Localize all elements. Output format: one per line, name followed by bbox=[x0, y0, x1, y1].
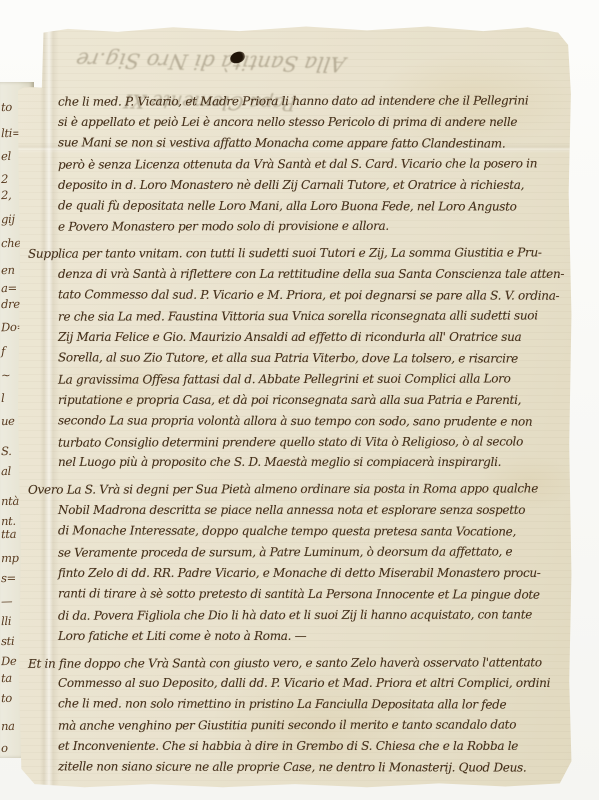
margin-text-fragment: che bbox=[1, 236, 21, 250]
margin-text-fragment: lli bbox=[1, 614, 11, 628]
manuscript-line: di da. Povera Figliola che Dio li hà dat… bbox=[58, 604, 562, 626]
manuscript-line: si è appellato et peiò Lei è ancora nell… bbox=[58, 112, 562, 133]
manuscript-line: se Veramente proceda de sursum, à Patre … bbox=[58, 541, 562, 563]
margin-text-fragment: s= bbox=[1, 571, 16, 585]
manuscript-line: di Monache Interessate, doppo qualche te… bbox=[58, 520, 562, 542]
margin-text-fragment: al bbox=[1, 464, 11, 478]
margin-text-fragment: mp bbox=[1, 551, 19, 565]
margin-text-fragment: to bbox=[1, 100, 12, 114]
margin-text-fragment: sti bbox=[1, 634, 15, 648]
manuscript-line: sue Mani se non si vestiva affatto Monac… bbox=[58, 132, 562, 154]
manuscript-line: Sorella, al suo Zio Tutore, et alla sua … bbox=[58, 347, 562, 369]
ink-blot bbox=[229, 51, 246, 65]
scanned-manuscript-photo: tolti=el22,gijcheena=dreDo=f~lueS.alntàn… bbox=[0, 0, 599, 800]
manuscript-line: Overo La S. Vrà si degni per Sua Pietà a… bbox=[28, 479, 562, 501]
manuscript-line: zitelle non siano sicure ne alle proprie… bbox=[58, 756, 562, 778]
manuscript-line: denza di vrà Santà à riflettere con La r… bbox=[58, 264, 562, 285]
manuscript-line: nel Luogo più à proposito che S. D. Maes… bbox=[58, 452, 562, 473]
manuscript-line: Nobil Madrona descritta se piace nella a… bbox=[58, 500, 562, 521]
margin-text-fragment: S. bbox=[1, 444, 12, 458]
manuscript-line: turbato Consiglio determini prendere que… bbox=[58, 431, 562, 453]
manuscript-line: tato Commesso dal sud. P. Vicario e M. P… bbox=[58, 284, 562, 306]
margin-text-fragment: to bbox=[1, 691, 12, 705]
manuscript-line: riputatione e propria Casa, et dà poi ri… bbox=[58, 390, 562, 411]
manuscript-paragraph: che li med. P. Vicario, et Madre Priora … bbox=[58, 91, 562, 237]
manuscript-line: Zij Maria Felice e Gio. Maurizio Ansaldi… bbox=[58, 327, 562, 348]
margin-text-fragment: ~ bbox=[1, 368, 11, 382]
manuscript-line: finto Zelo di dd. RR. Padre Vicario, e M… bbox=[58, 563, 562, 584]
margin-text-fragment: gij bbox=[1, 212, 15, 226]
manuscript-line: Loro fatiche et Liti come è noto à Roma.… bbox=[58, 626, 562, 647]
manuscript-paragraph: Overo La S. Vrà si degni per Sua Pietà a… bbox=[58, 479, 562, 646]
manuscript-line: e Povero Monastero per modo solo di prov… bbox=[58, 216, 562, 238]
margin-text-fragment: 2 bbox=[1, 172, 8, 186]
margin-text-fragment: De bbox=[1, 654, 17, 668]
manuscript-text: che li med. P. Vicario, et Madre Priora … bbox=[58, 91, 562, 778]
docket-line-address: Alla Santità di Nro Sig.re bbox=[55, 39, 366, 84]
manuscript-paragraph: Et in fine doppo che Vrà Santà con giust… bbox=[58, 653, 562, 778]
manuscript-line: de quali fù depositata nelle Loro Mani, … bbox=[58, 195, 562, 217]
manuscript-sheet: Papa Clemente XI Alla Santità di Nro Sig… bbox=[18, 25, 572, 788]
manuscript-line: che li med. non solo rimettino in pristi… bbox=[58, 694, 562, 716]
manuscript-line: re che sia La med. Faustina Vittoria sua… bbox=[58, 305, 562, 327]
manuscript-line: però è senza Licenza ottenuta da Vrà San… bbox=[58, 153, 562, 175]
margin-text-fragment: ue bbox=[1, 414, 15, 428]
manuscript-line: et Inconveniente. Che si habbia à dire i… bbox=[58, 736, 562, 757]
manuscript-line: La gravissima Offesa fattasi dal d. Abba… bbox=[58, 368, 562, 390]
manuscript-line: secondo La sua propria volontà allora à … bbox=[58, 410, 562, 432]
margin-text-fragment: el bbox=[1, 149, 11, 163]
margin-text-fragment: 2, bbox=[1, 188, 12, 202]
margin-text-fragment: ta bbox=[1, 671, 12, 685]
margin-text-fragment: ntà bbox=[1, 494, 19, 508]
margin-text-fragment: na bbox=[1, 719, 15, 733]
margin-text-fragment: a= bbox=[1, 281, 17, 295]
margin-text-fragment: dre bbox=[1, 297, 20, 311]
margin-text-fragment: f bbox=[1, 344, 5, 358]
manuscript-paragraph: Supplica per tanto vnitam. con tutti li … bbox=[58, 243, 562, 473]
margin-text-fragment: — bbox=[1, 594, 12, 608]
manuscript-line: Commesso al suo Deposito, dalli dd. P. V… bbox=[58, 673, 562, 694]
manuscript-line: che li med. P. Vicario, et Madre Priora … bbox=[58, 90, 562, 112]
margin-text-fragment: en bbox=[1, 263, 15, 277]
margin-text-fragment: l bbox=[1, 391, 5, 405]
manuscript-line: Supplica per tanto vnitam. con tutti li … bbox=[28, 243, 562, 265]
manuscript-line: Et in fine doppo che Vrà Santà con giust… bbox=[28, 652, 562, 674]
margin-text-fragment: tta bbox=[1, 527, 16, 541]
manuscript-line: ranti di tirare à sè sotto pretesto di s… bbox=[58, 583, 562, 605]
margin-text-fragment: o bbox=[1, 741, 8, 755]
manuscript-line: mà anche venghino per Giustitia puniti s… bbox=[58, 715, 562, 737]
manuscript-line: deposito in d. Loro Monastero nè delli Z… bbox=[58, 175, 562, 196]
